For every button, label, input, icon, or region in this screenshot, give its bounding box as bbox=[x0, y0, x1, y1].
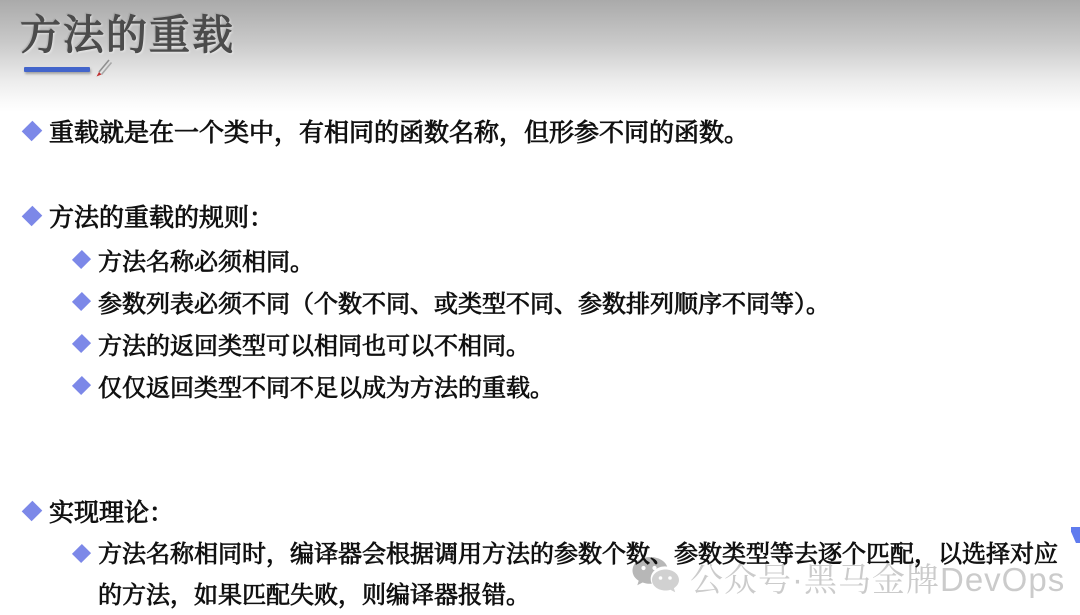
bullet-item: 重载就是在一个类中，有相同的函数名称，但形参不同的函数。 bbox=[22, 113, 749, 149]
bullet-diamond-icon bbox=[72, 333, 91, 354]
pencil-icon bbox=[92, 57, 114, 79]
bullet-text: 方法名称相同时，编译器会根据调用方法的参数个数、参数类型等去逐个匹配，以选择对应… bbox=[98, 534, 1080, 615]
bullet-diamond-icon bbox=[72, 543, 91, 564]
bullet-text: 方法名称必须相同。 bbox=[98, 242, 314, 277]
bullet-text: 实现理论： bbox=[49, 493, 174, 529]
bullet-text: 参数列表必须不同（个数不同、或类型不同、参数排列顺序不同等）。 bbox=[98, 284, 830, 319]
slide-canvas: { "slide": { "title": "方法的重载", "content"… bbox=[0, 0, 1080, 615]
bullet-diamond-icon bbox=[22, 500, 42, 522]
bullet-diamond-icon bbox=[22, 120, 42, 142]
sub-bullet-item: 参数列表必须不同（个数不同、或类型不同、参数排列顺序不同等）。 bbox=[72, 284, 830, 319]
sub-bullet-item: 方法名称相同时，编译器会根据调用方法的参数个数、参数类型等去逐个匹配，以选择对应… bbox=[72, 534, 1080, 615]
bullet-item: 方法的重载的规则： bbox=[22, 198, 274, 234]
bullet-diamond-icon bbox=[22, 205, 42, 227]
bullet-diamond-icon bbox=[72, 375, 91, 396]
bullet-text: 重载就是在一个类中，有相同的函数名称，但形参不同的函数。 bbox=[49, 113, 749, 149]
page-title: 方法的重载 bbox=[20, 2, 235, 61]
sub-bullet-item: 仅仅返回类型不同不足以成为方法的重载。 bbox=[72, 368, 554, 403]
sub-bullet-item: 方法名称必须相同。 bbox=[72, 242, 314, 277]
sub-bullet-item: 方法的返回类型可以相同也可以不相同。 bbox=[72, 326, 530, 361]
bullet-diamond-icon bbox=[72, 291, 91, 312]
bullet-text: 仅仅返回类型不同不足以成为方法的重载。 bbox=[98, 368, 554, 403]
title-underline bbox=[24, 67, 90, 72]
bullet-diamond-icon bbox=[72, 249, 91, 270]
bullet-text: 方法的返回类型可以相同也可以不相同。 bbox=[98, 326, 530, 361]
bullet-item: 实现理论： bbox=[22, 493, 174, 529]
bullet-text: 方法的重载的规则： bbox=[49, 198, 274, 234]
